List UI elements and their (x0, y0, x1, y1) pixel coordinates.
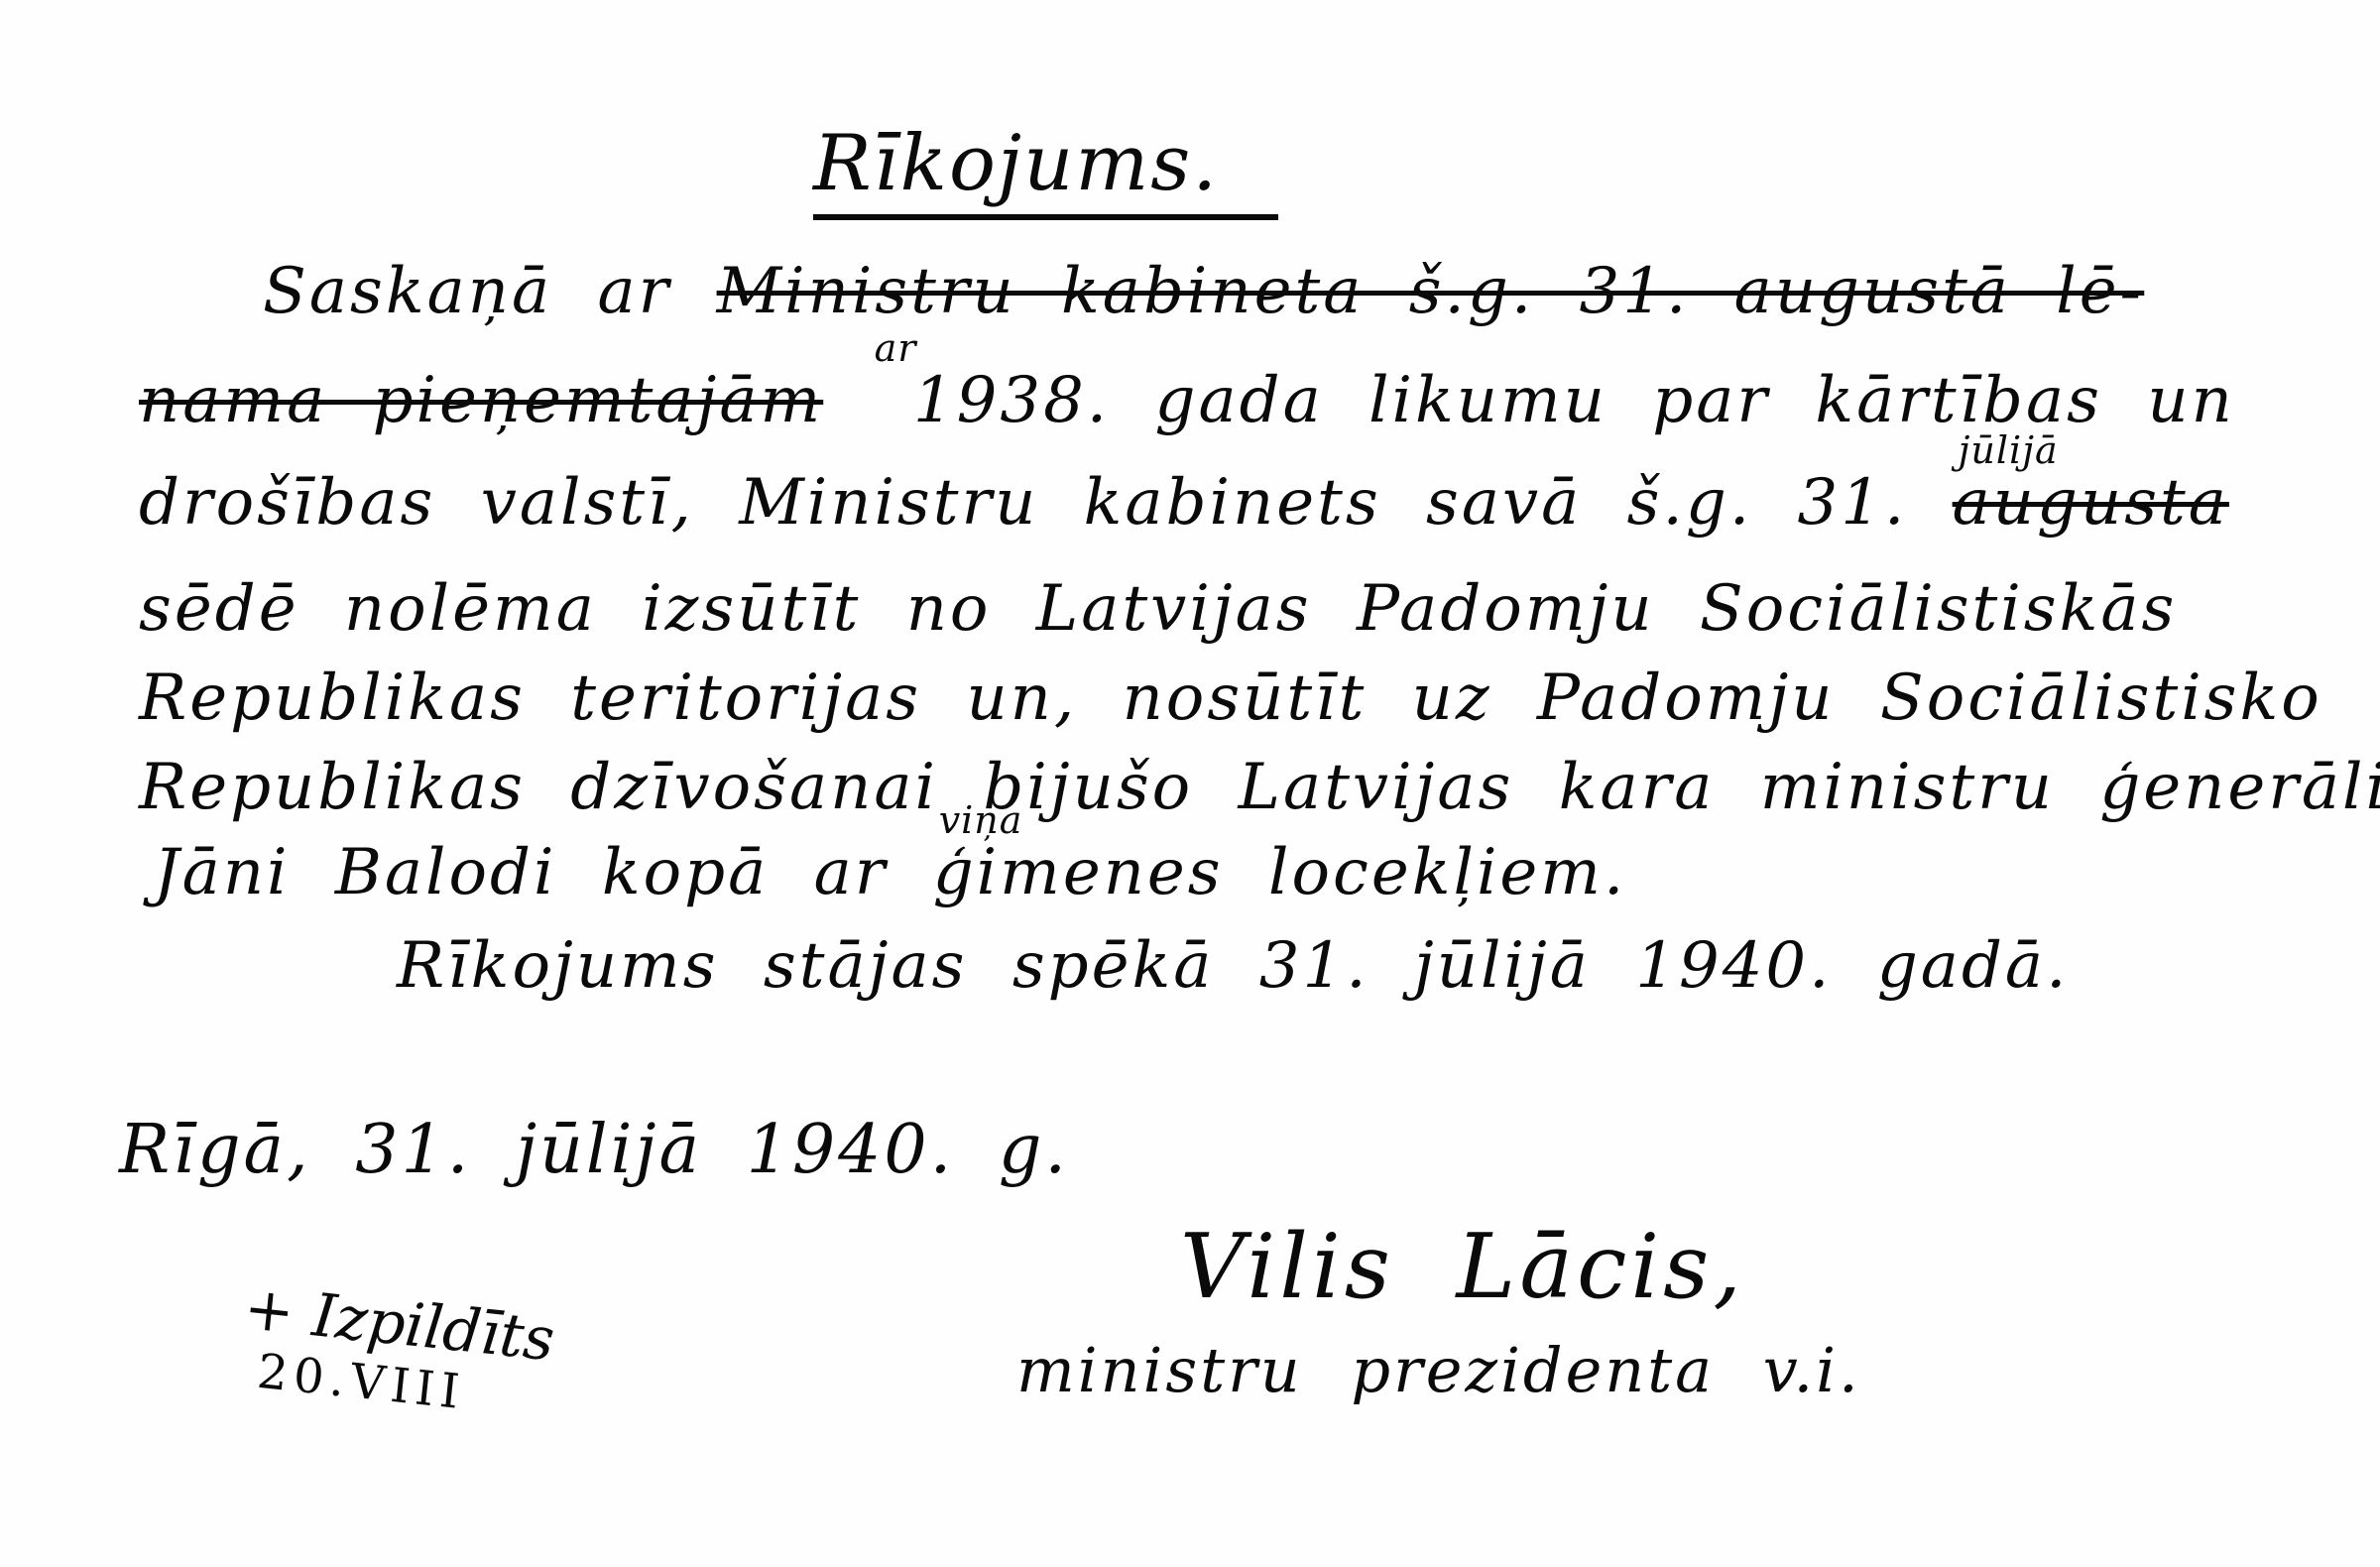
effective-date-line: Rīkojums stājas spēkā 31. jūlijā 1940. g… (397, 934, 2069, 998)
body-line-5: Republikas teritorijas un, nosūtīt uz Pa… (139, 666, 2322, 730)
body-line-7: Jāni Balodi kopā ar viņaģimenes locekļie… (154, 841, 1626, 904)
place-and-date: Rīgā, 31. jūlijā 1940. g. (119, 1111, 1069, 1189)
signature-name: Vilis Lācis, (1180, 1215, 1745, 1319)
handwritten-document: Rīkojums. Saskaņā ar Ministru kabineta š… (0, 0, 2380, 1567)
inserted-word: ar (875, 329, 917, 367)
struck-text: augusta (1953, 466, 2229, 540)
body-line-1: Saskaņā ar Ministru kabineta š.g. 31. au… (263, 260, 2144, 323)
line-text: 1938. gada likumu par kārtības un (869, 364, 2235, 437)
body-line-3: drošības valstī, Ministru kabinets savā … (139, 471, 2229, 535)
signature-title: ministru prezidenta v.i. (1016, 1334, 1861, 1406)
insertion-mark: viņaģimenes locekļiem. (933, 841, 1627, 904)
body-line-2: nama pieņemtajām ar​ 1938. gada likumu p… (139, 369, 2235, 432)
body-line-6: Republikas dzīvošanai bijušo Latvijas ka… (139, 756, 2380, 819)
inserted-word: jūlijā (1959, 431, 2059, 469)
body-line-4: sēdē nolēma izsūtīt no Latvijas Padomju … (139, 577, 2177, 641)
line-text: Saskaņā ar (263, 255, 717, 328)
struck-text: nama pieņemtajām (139, 364, 823, 437)
inserted-word: viņa (939, 801, 1023, 839)
line-text: ģimenes locekļiem. (933, 836, 1627, 909)
struck-text: Ministru kabineta š.g. 31. augustā lē- (717, 255, 2145, 328)
insertion-mark: jūlijāaugusta (1953, 471, 2229, 535)
margin-note: + Izpildīts 20.VIII (235, 1274, 557, 1429)
line-text: Jāni Balodi kopā ar (154, 836, 933, 909)
line-text: drošības valstī, Ministru kabinets savā … (139, 466, 1953, 540)
document-title: Rīkojums. (813, 119, 1278, 220)
